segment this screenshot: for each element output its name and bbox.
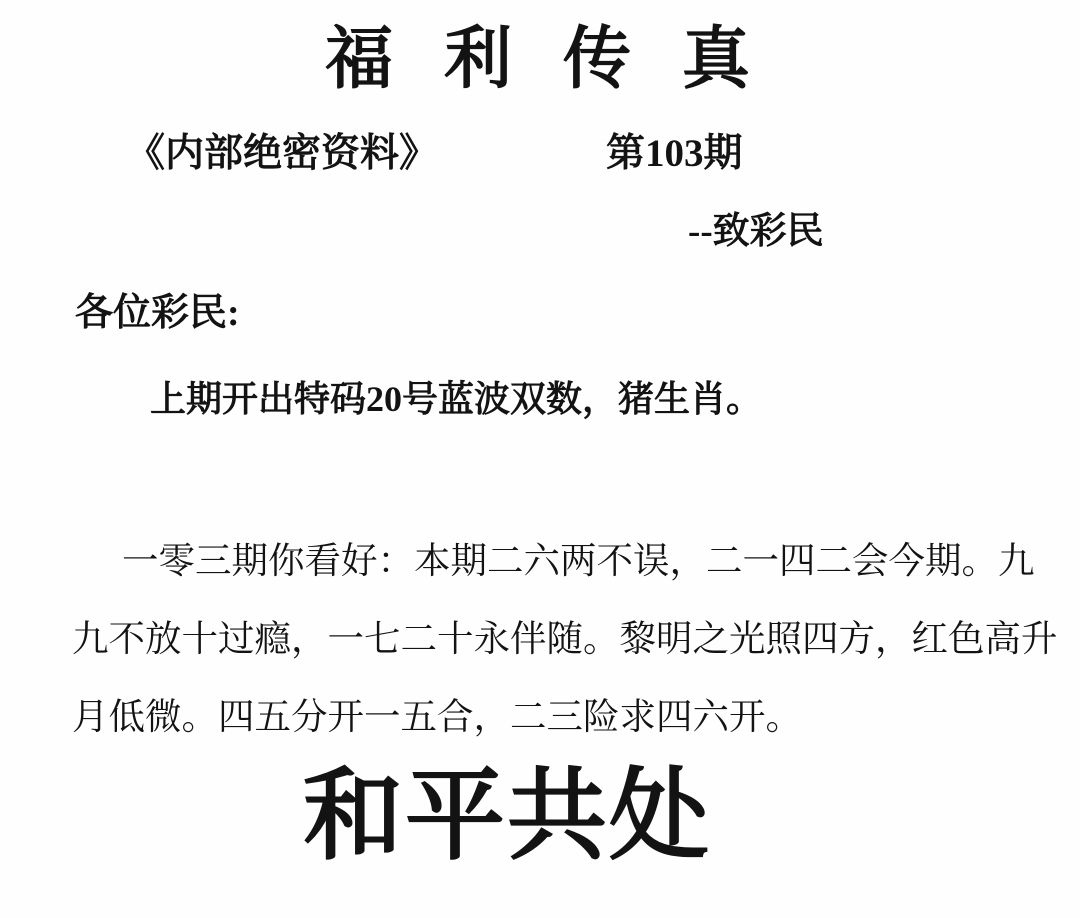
last-draw-prefix: 上期开出特码 xyxy=(150,379,366,419)
document-title: 福 利 传 真 xyxy=(0,22,1080,97)
footer-slogan: 和平共处 xyxy=(0,764,1047,869)
prediction-line-3: 月低微。四五分开一五合，二三险求四六开。 xyxy=(72,678,1067,756)
last-draw-wave-parity: 蓝波双数， xyxy=(438,378,618,419)
last-draw-number: 20 xyxy=(366,379,402,419)
greeting-line: 各位彩民: xyxy=(75,293,240,335)
fax-document-page: 福 利 传 真 《内部绝密资料》 第103期 --致彩民 各位彩民: 上期开出特… xyxy=(0,0,1080,918)
issue-number-label: 第103期 xyxy=(606,133,743,176)
prediction-line-2: 九不放十过瘾，一七二十永伴随。黎明之光照四方，红色高升 xyxy=(72,600,1067,678)
source-label: 《内部绝密资料》 xyxy=(126,133,438,176)
dedication-line: --致彩民 xyxy=(688,212,824,253)
last-draw-result-line: 上期开出特码20号蓝波双数，猪生肖。 xyxy=(150,379,762,420)
prediction-line-1: 一零三期你看好：本期二六两不误，二一四二会今期。九 xyxy=(72,522,1067,600)
last-draw-zodiac: 猪生肖。 xyxy=(618,379,762,419)
last-draw-unit: 号 xyxy=(402,379,438,419)
prediction-paragraph: 一零三期你看好：本期二六两不误，二一四二会今期。九 九不放十过瘾，一七二十永伴随… xyxy=(72,522,1067,756)
